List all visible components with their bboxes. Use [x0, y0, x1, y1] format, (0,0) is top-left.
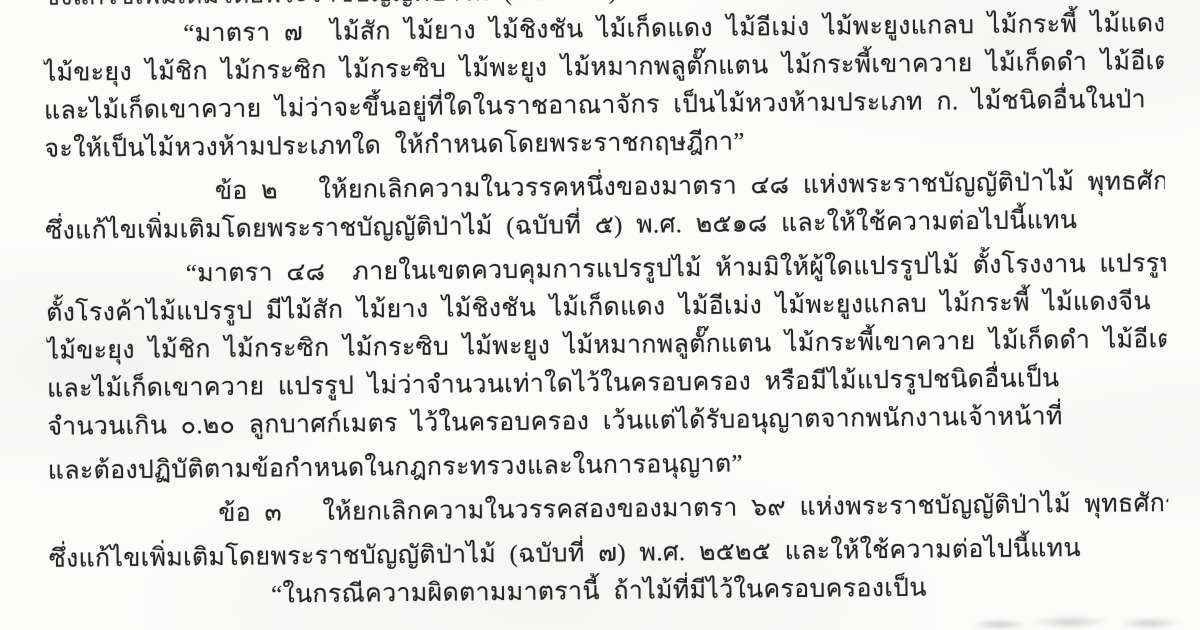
scan-smudge-artifact	[967, 610, 1182, 630]
document-body: ซึ่งแก้ไขเพิ่มเติมโดยพระราชบัญญัติป่าไม้…	[0, 0, 1200, 617]
document-line: ข้อ ๓ ให้ยกเลิกความในวรรคสองของมาตรา ๖๙ …	[48, 485, 1168, 535]
document-line: และต้องปฏิบัติตามข้อกำหนดในกฎกระทรวงและใ…	[48, 441, 1168, 491]
scanned-page: ซึ่งแก้ไขเพิ่มเติมโดยพระราชบัญญัติป่าไม้…	[0, 0, 1200, 630]
